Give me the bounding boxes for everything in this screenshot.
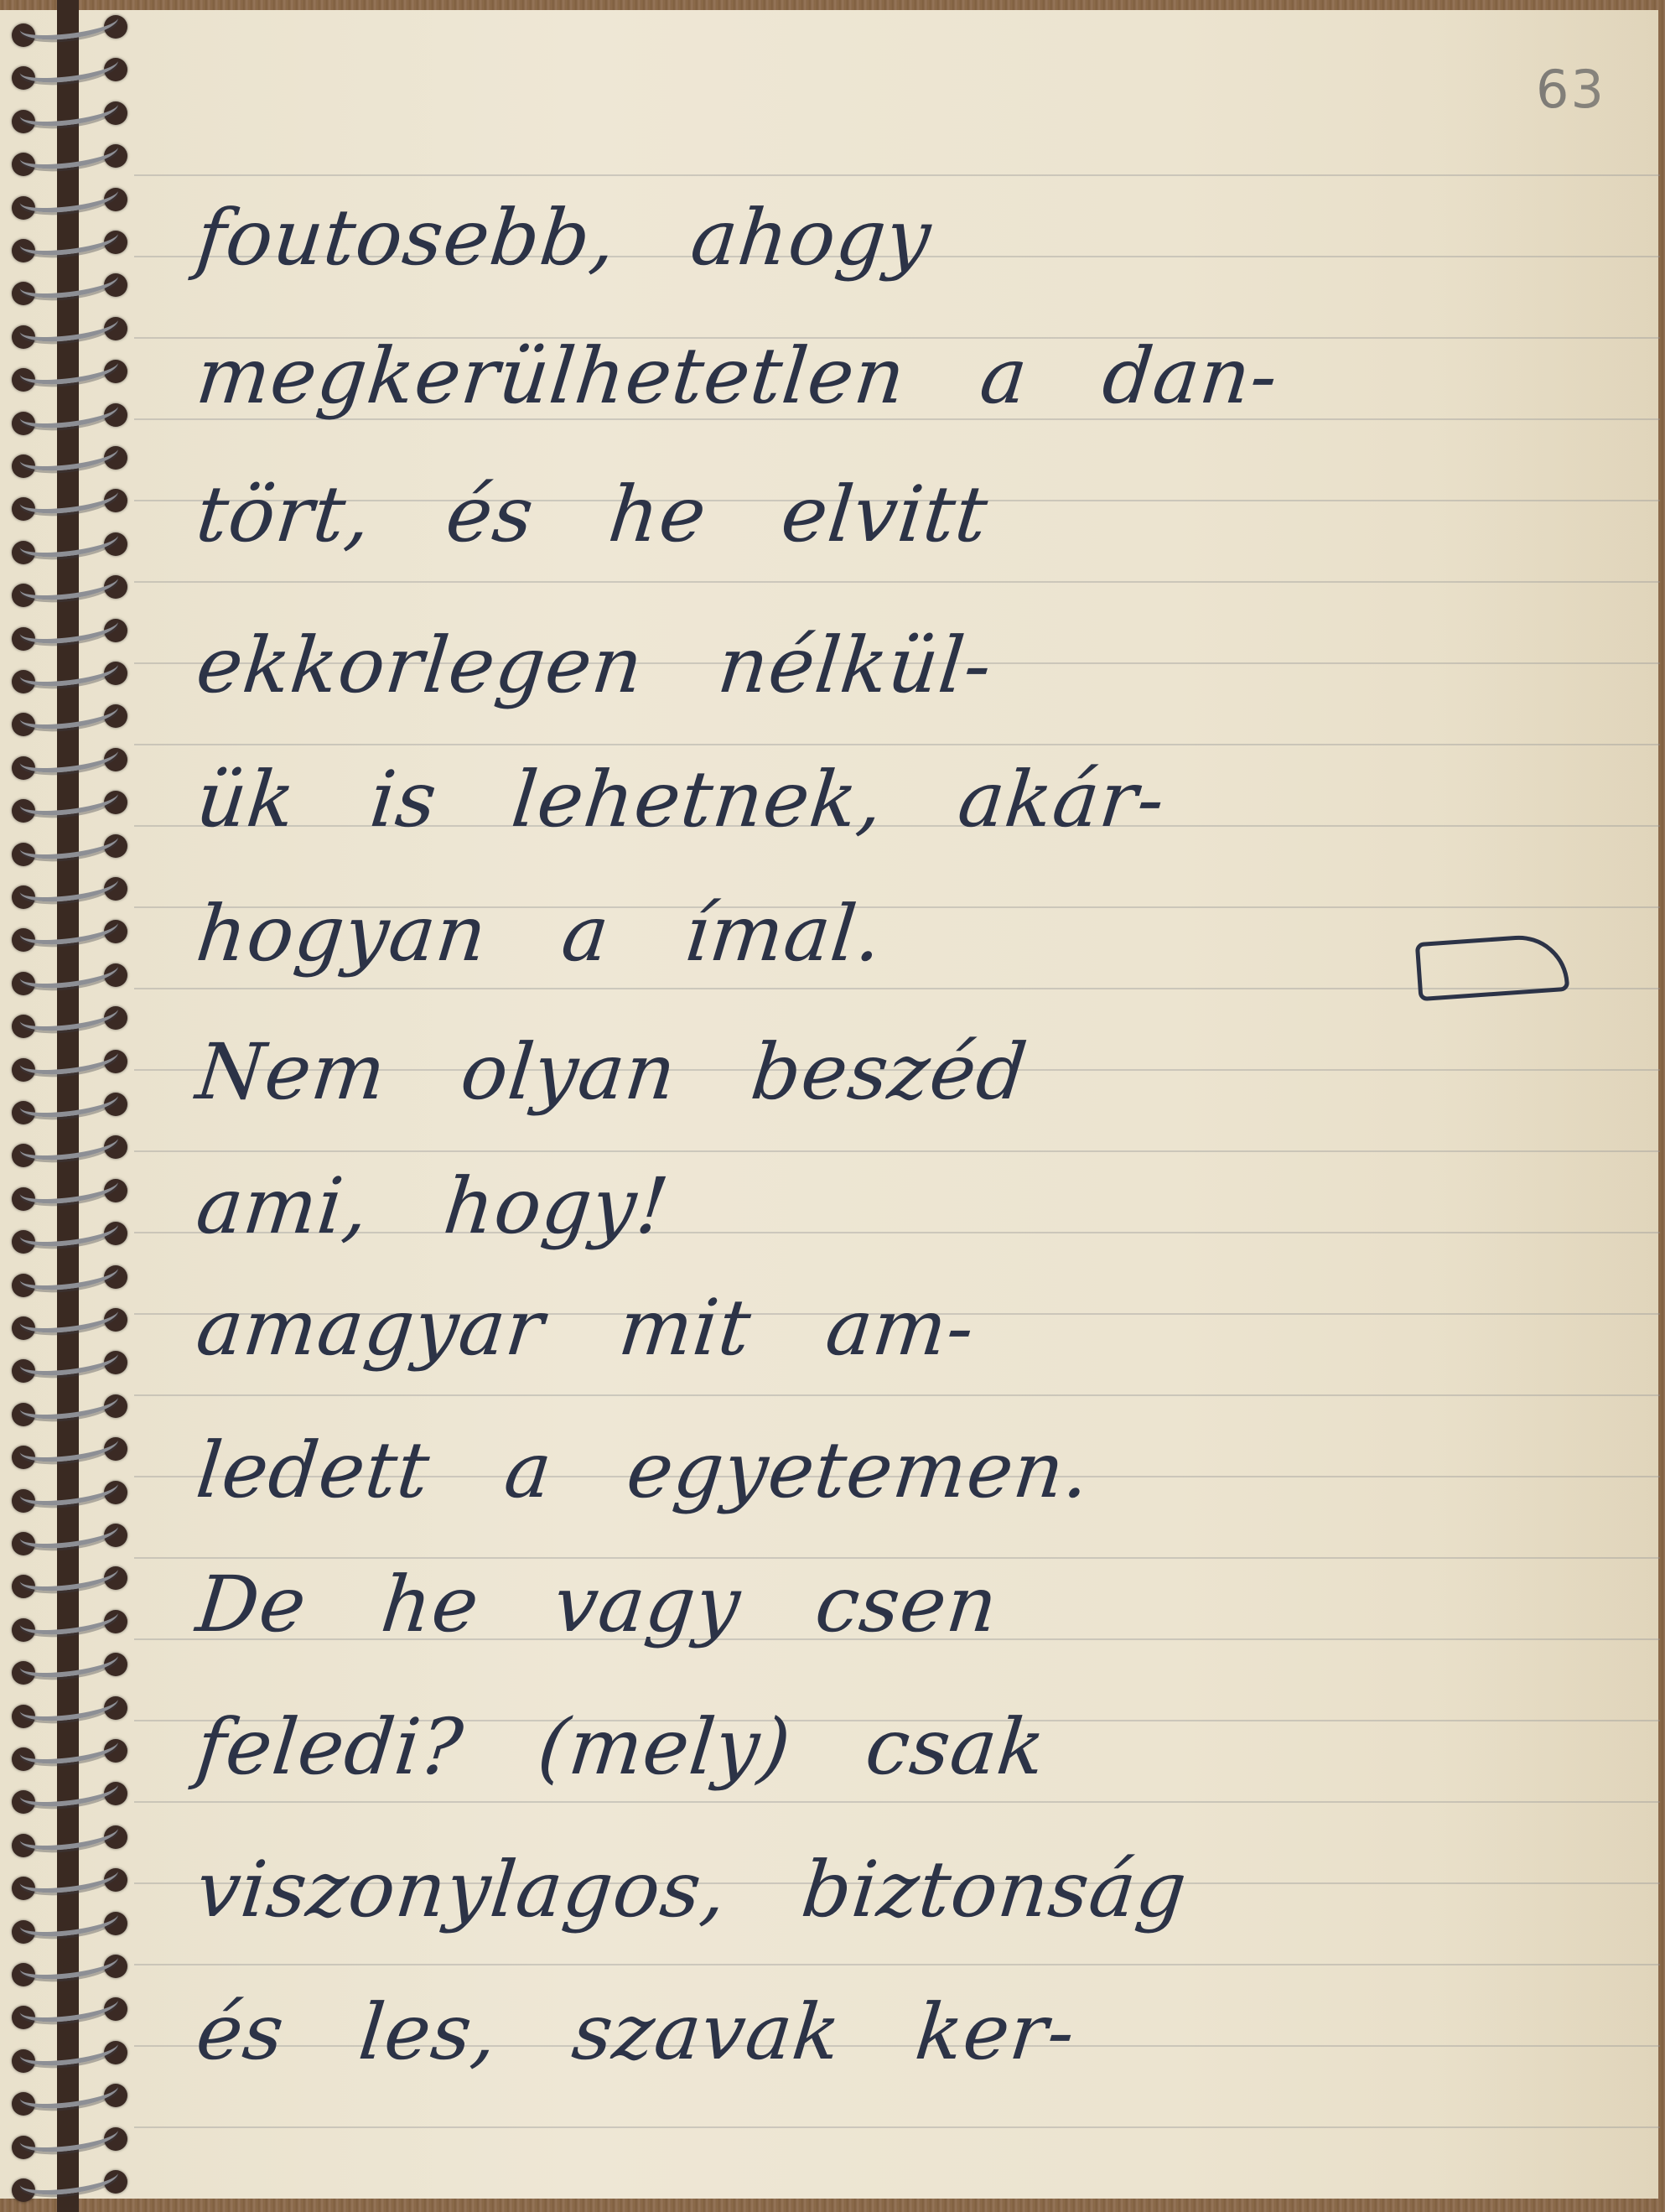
- spiral-coil: [12, 1700, 129, 1728]
- spiral-coil: [12, 880, 129, 909]
- handwriting-line-2: megkerülhetetlen a dan-: [192, 331, 1585, 421]
- spiral-coil: [12, 191, 129, 220]
- spiral-coil: [12, 449, 129, 478]
- spiral-coil: [12, 2044, 129, 2073]
- handwriting-line-12: feledi? (mely) csak: [192, 1702, 1585, 1792]
- spiral-coil: [12, 751, 129, 780]
- handwriting-line-6: hogyan a ímal.: [192, 889, 1585, 979]
- ruled-line: [134, 1964, 1660, 1965]
- ruled-line: [134, 744, 1660, 745]
- spiral-coil: [12, 492, 129, 521]
- handwriting-line-9: amagyar mit am-: [192, 1283, 1585, 1373]
- spiral-coil: [12, 1958, 129, 1986]
- spiral-coil: [12, 1829, 129, 1857]
- spiral-coil: [12, 1182, 129, 1211]
- spiral-coil: [12, 1915, 129, 1944]
- handwriting-line-8: ami, hogy!: [192, 1161, 1585, 1251]
- handwriting-line-13: viszonylagos, biztonság: [192, 1845, 1585, 1934]
- page-number: 63: [1536, 59, 1605, 120]
- spiral-coil: [12, 665, 129, 693]
- spiral-coil: [12, 1311, 129, 1340]
- spiral-coil: [12, 148, 129, 176]
- ruled-line: [134, 581, 1660, 583]
- spiral-coil: [12, 1656, 129, 1685]
- spiral-coil: [12, 407, 129, 435]
- spiral-coil: [12, 1570, 129, 1598]
- spiral-coil: [12, 1785, 129, 1814]
- spiral-coil: [12, 1441, 129, 1469]
- spiral-coil: [12, 1139, 129, 1167]
- ruled-line: [134, 1801, 1660, 1803]
- spiral-coil: [12, 1484, 129, 1513]
- spiral-coil: [12, 2001, 129, 2029]
- spiral-coil: [12, 105, 129, 133]
- spiral-coil: [12, 967, 129, 995]
- spiral-coil: [12, 1354, 129, 1383]
- handwriting-line-10: ledett a egyetemen.: [192, 1425, 1585, 1515]
- handwriting-line-3: tört, és he elvitt: [192, 470, 1585, 559]
- spiral-coil: [12, 1398, 129, 1426]
- spiral-coil: [12, 2087, 129, 2116]
- spiral-coil: [12, 320, 129, 349]
- handwriting-line-11: De he vagy csen: [192, 1560, 1585, 1649]
- spiral-coil: [12, 923, 129, 952]
- handwriting-line-5: ük is lehetnek, akár-: [192, 755, 1585, 844]
- spiral-coil: [12, 1269, 129, 1297]
- spiral-coil: [12, 1742, 129, 1771]
- spiral-coil: [12, 1053, 129, 1082]
- handwriting-line-14: és les, szavak ker-: [192, 1987, 1585, 2077]
- spiral-coil: [12, 18, 129, 47]
- spiral-coil: [12, 838, 129, 866]
- spiral-coil: [12, 1527, 129, 1555]
- spiral-coil: [12, 579, 129, 607]
- spiral-coil: [12, 708, 129, 736]
- spiral-coil: [12, 61, 129, 90]
- ruled-line: [134, 2126, 1660, 2128]
- handwriting-line-1: foutosebb, ahogy: [192, 193, 1585, 283]
- spiral-coil: [12, 536, 129, 564]
- spiral-coil: [12, 1096, 129, 1124]
- ruled-line: [134, 1557, 1660, 1559]
- spiral-coil: [12, 234, 129, 262]
- handwriting-line-4: ekkorlegen nélkül-: [192, 621, 1585, 710]
- handwriting-line-7: Nem olyan beszéd: [192, 1027, 1585, 1117]
- spiral-coil: [12, 277, 129, 305]
- spiral-coil: [12, 363, 129, 392]
- spiral-coil: [12, 2131, 129, 2159]
- ruled-line: [134, 174, 1660, 176]
- ruled-line: [134, 1150, 1660, 1152]
- ruled-line: [134, 1394, 1660, 1396]
- spiral-coil: [12, 2173, 129, 2202]
- spiral-coil: [12, 1613, 129, 1642]
- spiral-coil: [12, 622, 129, 651]
- spiral-coil: [12, 794, 129, 823]
- spiral-coil: [12, 1225, 129, 1254]
- spiral-coil: [12, 1872, 129, 1900]
- spiral-coil: [12, 1010, 129, 1038]
